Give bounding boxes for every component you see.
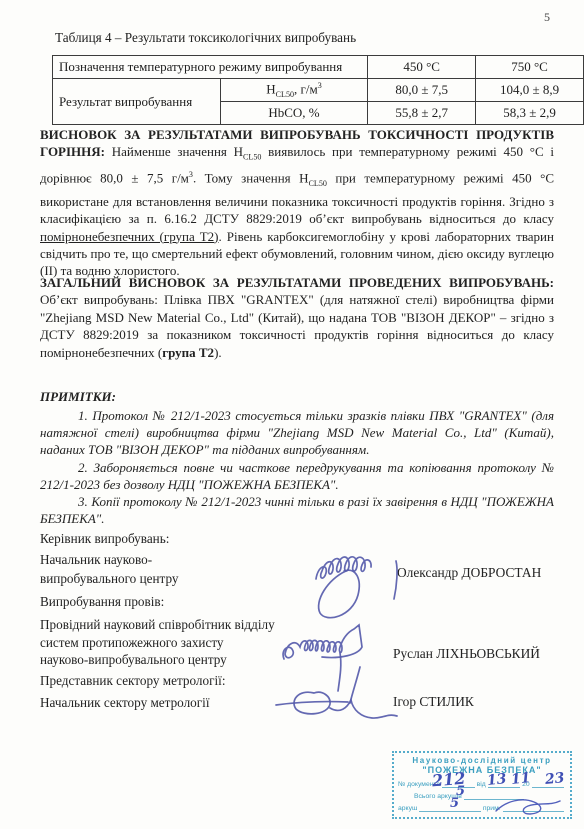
notes-list: 1. Протокол № 212/1-2023 стосується тіль… (40, 407, 554, 527)
position-line: Начальник науково- (40, 551, 178, 570)
position-tester: Провідний науковий співробітник відділу … (40, 616, 275, 669)
stamp-sheet-label: аркуш (398, 805, 417, 812)
stamp-blank-line (503, 804, 564, 812)
position-test-leader: Начальник науково- випробувального центр… (40, 551, 178, 588)
temperature-mode-header: Позначення температурного режиму випробу… (53, 56, 368, 79)
role-header-tester: Випробування провів: (40, 594, 164, 610)
table-caption: Таблиця 4 – Результати токсикологічних в… (55, 30, 356, 46)
stamp-doc-label: № документа (398, 781, 440, 788)
toxicity-conclusion-paragraph: ВИСНОВОК ЗА РЕЗУЛЬТАТАМИ ВИПРОБУВАНЬ ТОК… (40, 126, 554, 280)
stamp-from-label: від (477, 781, 486, 788)
note-item: 3. Копії протоколу № 212/1-2023 чинні ті… (40, 493, 554, 527)
hbco-450-value: 55,8 ± 2,7 (368, 102, 476, 125)
hbco-param-cell: HbCO, % (220, 102, 367, 125)
hcl50-450-value: 80,0 ± 7,5 (368, 79, 476, 102)
name-stylyk: Ігор СТИЛИК (393, 694, 474, 710)
toxicity-results-table: Позначення температурного режиму випробу… (52, 55, 584, 125)
position-line: випробувального центру (40, 570, 178, 589)
name-dobrostan: Олександр ДОБРОСТАН (397, 565, 541, 581)
position-metrology: Начальник сектору метрології (40, 695, 210, 711)
position-line: науково-випробувального центру (40, 651, 275, 669)
signature-dobrostan (316, 557, 397, 618)
stamp-blank-line (464, 792, 524, 800)
notes-title: ПРИМІТКИ: (40, 389, 116, 405)
temp-450-header: 450 °С (368, 56, 476, 79)
stamp-doc-row: № документа від 20 (398, 780, 566, 788)
stamp-year-prefix: 20 (522, 781, 530, 788)
hcl50-param-cell: НCL50, г/м3 (220, 79, 367, 102)
certification-stamp: Науково-дослідний центр "ПОЖЕЖНА БЕЗПЕКА… (392, 751, 572, 819)
stamp-sheet-row: аркуш прим. (398, 804, 566, 812)
role-header-test-leader: Керівник випробувань: (40, 531, 169, 547)
page-number: 5 (544, 10, 550, 25)
position-line: Провідний науковий співробітник відділу (40, 616, 275, 634)
table-row: Результат випробування НCL50, г/м3 80,0 … (53, 79, 584, 102)
temp-750-header: 750 °С (476, 56, 584, 79)
signature-likhnovskyi (283, 625, 362, 691)
stamp-org-line2: "ПОЖЕЖНА БЕЗПЕКА" (394, 765, 570, 775)
stamp-total-row: Всього аркушів (414, 792, 566, 800)
note-item: 1. Протокол № 212/1-2023 стосується тіль… (40, 407, 554, 459)
stamp-blank-line (532, 780, 564, 788)
role-header-metrology: Представник сектору метрології: (40, 673, 226, 689)
general-conclusion-paragraph: ЗАГАЛЬНИЙ ВИСНОВОК ЗА РЕЗУЛЬТАТАМИ ПРОВЕ… (40, 274, 554, 361)
stamp-blank-line (442, 780, 474, 788)
stamp-copy-label: прим. (483, 805, 501, 812)
stamp-blank-line (488, 780, 520, 788)
result-row-label: Результат випробування (53, 79, 221, 125)
hcl50-750-value: 104,0 ± 8,9 (476, 79, 584, 102)
table-row: Позначення температурного режиму випробу… (53, 56, 584, 79)
hbco-750-value: 58,3 ± 2,9 (476, 102, 584, 125)
signature-stylyk (276, 667, 397, 718)
name-likhnovskyi: Руслан ЛІХНЬОВСЬКИЙ (393, 646, 540, 662)
stamp-blank-line (419, 804, 480, 812)
position-line: систем протипожежного захисту (40, 634, 275, 652)
note-item: 2. Забороняється повне чи часткове перед… (40, 459, 554, 493)
scanned-protocol-page: { "page": { "number": "5" }, "table": { … (0, 0, 584, 829)
results-table: Позначення температурного режиму випробу… (52, 55, 584, 125)
stamp-org-line1: Науково-дослідний центр (394, 756, 570, 765)
stamp-total-label: Всього аркушів (414, 793, 462, 800)
